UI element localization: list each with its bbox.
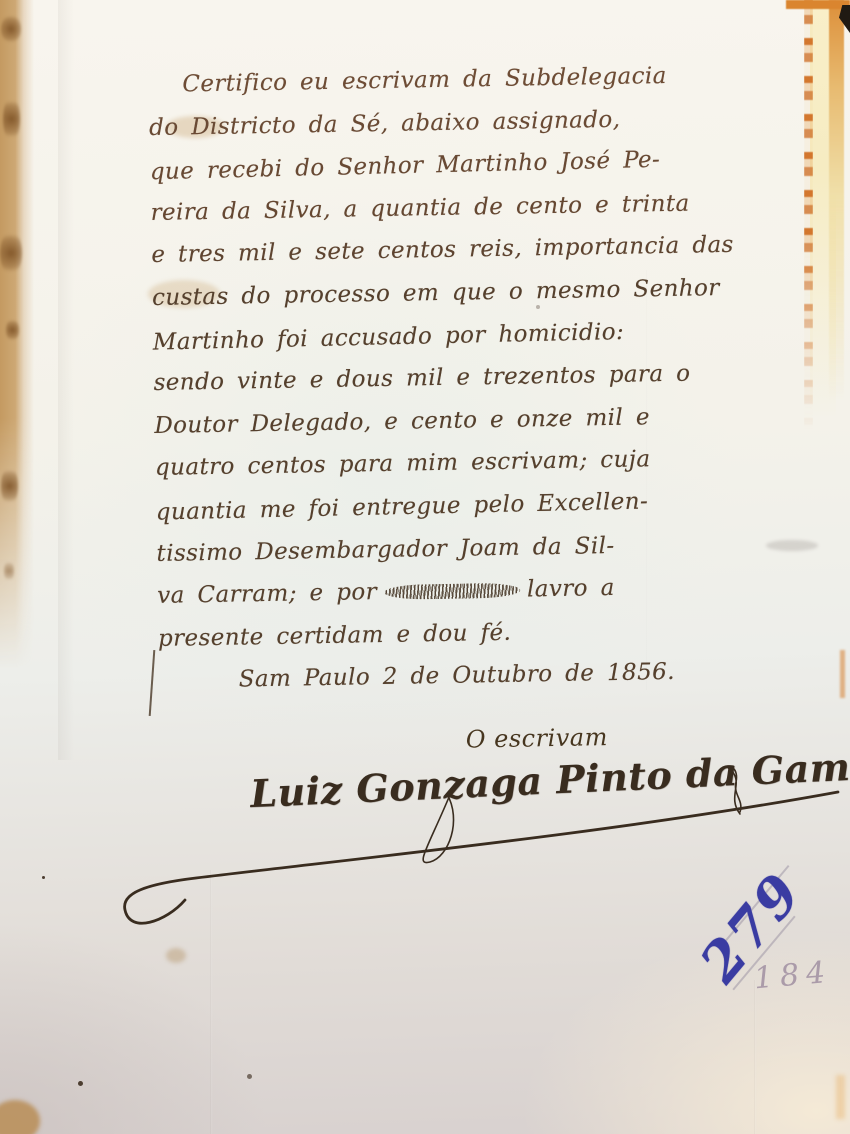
pen-stroke	[149, 650, 156, 716]
manuscript-text: Certifico eu escrivam da Subdelegacia do…	[148, 53, 800, 761]
document-photo: Certifico eu escrivam da Subdelegacia do…	[0, 0, 850, 1134]
line-text-pre: va Carram; e por	[157, 579, 377, 609]
stain-spot	[4, 560, 14, 582]
ink-speck	[247, 1074, 252, 1079]
stain-spot	[0, 230, 22, 276]
paper-shadow-left	[58, 0, 74, 760]
page-number-pencil: 184	[752, 953, 833, 1000]
ink-speck	[42, 876, 45, 879]
rust-speck	[836, 1075, 845, 1119]
stain-spot	[3, 96, 20, 142]
corner-stain	[0, 1100, 40, 1134]
rust-streak	[804, 0, 813, 430]
rust-streak	[829, 0, 844, 400]
stain-spot	[166, 948, 186, 963]
manuscript-page: Certifico eu escrivam da Subdelegacia do…	[0, 0, 850, 1134]
stain-spot	[6, 318, 19, 342]
ink-speck	[78, 1081, 83, 1086]
rust-streak-top	[786, 0, 850, 9]
stain-spot	[1, 14, 21, 44]
manuscript-lines: Certifico eu escrivam da Subdelegacia do…	[148, 53, 799, 703]
rust-speck	[840, 650, 845, 698]
stain-spot	[1, 466, 18, 506]
scribbled-out-word	[384, 583, 520, 600]
line-text-post: lavro a	[527, 575, 615, 603]
